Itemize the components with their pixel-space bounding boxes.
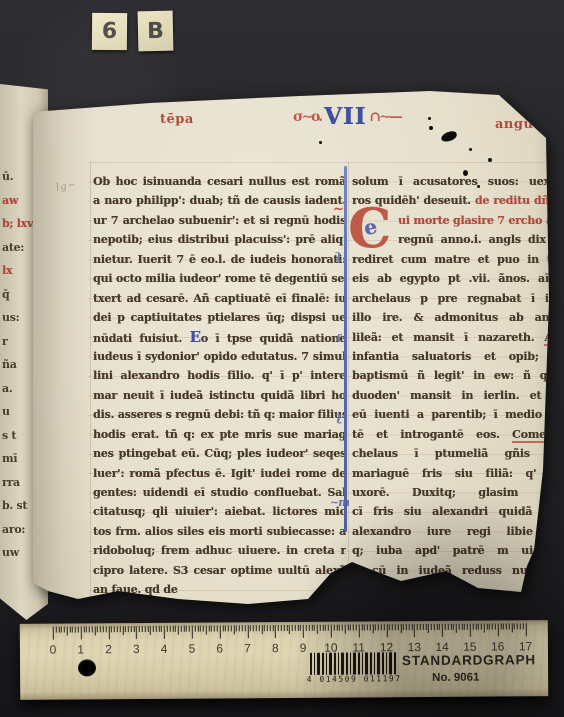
- ruler-tick: [425, 624, 426, 630]
- ruler-tick: [397, 624, 398, 630]
- text-line: hodis erat. tñ q: ex pte mris sue mariag: [93, 425, 346, 444]
- ruler-tick: [56, 627, 57, 633]
- ruler-tick: [411, 624, 412, 630]
- ruler-tick: [195, 626, 196, 632]
- ruler-tick: [256, 625, 257, 631]
- ruler-tick: [464, 624, 465, 630]
- text-column-left: Ob hoc isinuanda cesari nullus est romãa…: [93, 172, 346, 600]
- ruler-cm-number: 4: [154, 642, 174, 656]
- ruler-tick: [192, 626, 193, 639]
- ruler-tick: [92, 626, 93, 632]
- ruler-tick: [486, 624, 487, 630]
- ruler-tick: [158, 626, 159, 632]
- ruler-tick: [409, 624, 410, 630]
- ruler-tick: [281, 625, 282, 631]
- red-margin-tilde: ∼: [333, 201, 344, 217]
- ruler-tick: [467, 624, 468, 630]
- text-line: baptismū ñ legit' in ew: ñ q; l: [352, 366, 564, 385]
- header-flourish-left: σ∼o.: [293, 109, 321, 125]
- ruler-tick: [378, 624, 379, 630]
- text-line: illo ire. & admonitus ab angl': [352, 308, 564, 327]
- ruler-tick: [164, 626, 165, 639]
- ruler-tick: [525, 623, 526, 636]
- ink-spot: [429, 126, 433, 130]
- ruler-tick: [428, 624, 429, 633]
- ruler-tick: [122, 626, 123, 635]
- ruler-tick: [328, 625, 329, 631]
- ruler-tick: [509, 623, 510, 629]
- ruler-tick: [406, 624, 407, 630]
- ruler-cm-number: 2: [98, 642, 118, 656]
- ruler-tick: [345, 625, 346, 634]
- ruler-tick: [311, 625, 312, 631]
- text-line: a naro philipp': duab; tñ de causis iade…: [93, 191, 346, 210]
- chapter-number: VII: [324, 105, 366, 128]
- ruler-tick: [144, 626, 145, 632]
- ruler-tick: [484, 624, 485, 633]
- ink-spot: [440, 130, 458, 143]
- ruler-tick: [197, 626, 198, 632]
- ruler-tick: [361, 624, 362, 630]
- ruler-tick: [275, 625, 276, 638]
- ruler-tick: [286, 625, 287, 631]
- ruler-tick: [400, 624, 401, 633]
- text-line: ridoboluq; frem adhuc uiuere. in creta r: [93, 541, 346, 560]
- ruler-tick: [267, 625, 268, 631]
- ruler-tick: [478, 624, 479, 630]
- barcode: [310, 652, 398, 675]
- ruler-tick: [389, 624, 390, 630]
- ruler-tick: [61, 627, 62, 633]
- ruler-tick: [495, 624, 496, 630]
- ruler-tick: [314, 625, 315, 631]
- ruler-tick: [270, 625, 271, 631]
- ruler-tick: [500, 623, 501, 629]
- ruler-tick: [208, 626, 209, 632]
- ruler-tick: [420, 624, 421, 630]
- ruler-tick: [417, 624, 418, 630]
- ruler-tick: [489, 624, 490, 630]
- running-header-center: σ∼o. VII ∩∼—: [293, 105, 401, 128]
- ruler-tick: [228, 625, 229, 631]
- ruler-tick: [292, 625, 293, 631]
- text-line: eis ab egypto pt .vii. ãnos. aī a: [352, 269, 564, 288]
- column-rule-left: [90, 162, 91, 604]
- ruler-tick: [167, 626, 168, 632]
- text-line: ants s alemu: [352, 580, 564, 599]
- ruler-cm-number: 1: [71, 642, 91, 656]
- ruler-tick: [289, 625, 290, 634]
- ruler-tick: [142, 626, 143, 632]
- text-line: txert ad cesarē. Añ captiuatē eī finalē:…: [93, 289, 346, 308]
- text-line: lini alexandro hodis filio. q' ī p' inte…: [93, 366, 346, 385]
- manuscript-photo: 6 B ū.awb; lxv.ate:lxq̄us:rñaa.us tmīrra…: [0, 0, 564, 717]
- ruler-tick: [459, 624, 460, 630]
- ruler-tick: [384, 624, 385, 630]
- ruler-tick: [103, 626, 104, 632]
- ruler-tick: [514, 623, 515, 629]
- ruler-tick: [492, 624, 493, 630]
- ruler-tick: [211, 626, 212, 632]
- parchment-page: tēpa σ∼o. VII ∩∼— angū. Ob hoc isinuanda…: [0, 0, 564, 717]
- running-header-right: angū.: [495, 117, 538, 132]
- ruler-tick: [375, 624, 376, 630]
- ruler-tick: [150, 626, 151, 635]
- ruler-tick: [381, 624, 382, 630]
- ruler-tick: [498, 624, 499, 637]
- ruler-tick: [100, 626, 101, 632]
- text-line: mariaguē fris siu filiã: q' p3: [352, 464, 564, 483]
- ruler-tick: [386, 624, 387, 637]
- text-line: tē et introgantē eos. Comesto: [352, 425, 564, 444]
- text-line: citatusq; qli uiuier': aiebat. lictores …: [93, 502, 346, 521]
- ruler-tick: [297, 625, 298, 631]
- ruler-tick: [67, 627, 68, 636]
- ruler-tick: [133, 626, 134, 632]
- ink-spot: [428, 117, 431, 120]
- ruler-brand: STANDARDGRAPH: [402, 652, 536, 668]
- ruler-tick: [86, 626, 87, 632]
- flourish-curl: ʅ: [335, 248, 342, 263]
- ruler-tick: [200, 626, 201, 632]
- text-line: iudeus ī sydonior' opido edutatus. 7 sim…: [93, 347, 346, 366]
- ruler-cm-number: 17: [515, 639, 535, 653]
- ruler-tick: [364, 624, 365, 630]
- ruler-cm-number: 8: [265, 641, 285, 655]
- ruler-cm-number: 13: [404, 640, 424, 654]
- decorated-initial-c: C e: [348, 199, 396, 259]
- ruler-tick: [414, 624, 415, 637]
- ruler-tick: [131, 626, 132, 632]
- ruler-tick: [53, 627, 54, 640]
- ruler-tick: [83, 626, 84, 632]
- text-line: mar neuit ī iudeã istinctu quidã libri h…: [93, 386, 346, 405]
- ruler-tick: [250, 625, 251, 631]
- ruler-tick: [334, 625, 335, 631]
- text-line: duoden' mansit in ierlin. et pt: [352, 386, 564, 405]
- ruler-tick: [206, 626, 207, 635]
- ruler-tick: [245, 625, 246, 631]
- ruler-tick: [119, 626, 120, 632]
- ruler-tick: [72, 626, 73, 632]
- ruler-tick: [320, 625, 321, 631]
- ruler-tick: [78, 626, 79, 632]
- ruler-tick: [261, 625, 262, 634]
- ruler-tick: [295, 625, 296, 631]
- ink-spot: [463, 170, 468, 176]
- ruler-tick: [117, 626, 118, 632]
- running-header-left: tēpa: [160, 112, 194, 127]
- text-line: infantia saluatoris et opib; er: [352, 347, 564, 366]
- ruler-tick: [303, 625, 304, 638]
- ruler-tick: [511, 623, 512, 632]
- ruler-tick: [75, 626, 76, 632]
- ruler-tick: [69, 626, 70, 632]
- wooden-ruler: 01234567891011121314151617 4 014509 0111…: [20, 620, 549, 700]
- ruler-tick: [359, 624, 360, 637]
- ruler-tick: [231, 625, 232, 631]
- text-line: cī fris siu alexandri quidã uxo: [352, 502, 564, 521]
- ruler-tick: [309, 625, 310, 631]
- pen-flourish-bar: [344, 166, 347, 532]
- flourish-curl: ʅ: [335, 410, 342, 425]
- text-line: an faue. qd de: [93, 580, 346, 599]
- ruler-tick: [336, 625, 337, 631]
- ruler-cm-number: 3: [126, 642, 146, 656]
- ruler-tick: [456, 624, 457, 633]
- ruler-tick: [106, 626, 107, 632]
- faint-inscription: lg∼: [55, 179, 78, 193]
- ruler-tick: [264, 625, 265, 631]
- ruler-tick: [247, 625, 248, 638]
- ruler-tick: [94, 626, 95, 635]
- ruler-hole: [78, 659, 96, 676]
- ruler-tick: [81, 626, 82, 639]
- ruler-tick: [475, 624, 476, 630]
- ruler-tick: [481, 624, 482, 630]
- ruler-tick: [342, 625, 343, 631]
- ruler-tick: [214, 625, 215, 631]
- text-line: lileã: et mansit ī nazareth. Act: [352, 328, 564, 347]
- ruler-tick: [356, 624, 357, 630]
- ruler-tick: [450, 624, 451, 630]
- ruler-tick: [278, 625, 279, 631]
- ruler-tick: [473, 624, 474, 630]
- ruler-tick: [97, 626, 98, 632]
- ruler-tick: [220, 625, 221, 638]
- ruler-tick: [523, 623, 524, 629]
- ruler-tick: [108, 626, 109, 639]
- ruler-tick: [517, 623, 518, 629]
- text-line: ur 7 archelao subuenir': et si regnū hod…: [93, 211, 346, 230]
- page-wrap: tēpa σ∼o. VII ∩∼— angū. Ob hoc isinuanda…: [0, 0, 564, 717]
- ruler-tick: [239, 625, 240, 631]
- text-line: eū iuenti a parentib; ī medio do: [352, 405, 564, 424]
- ruler-tick: [217, 625, 218, 631]
- flourish-curl: ɾ: [336, 330, 342, 345]
- ruler-tick: [111, 626, 112, 632]
- ruler-tick: [350, 625, 351, 631]
- ruler-tick: [225, 625, 226, 631]
- ruler-tick: [392, 624, 393, 630]
- text-line: gentes: uidendi eī studio confluebat. Sa…: [93, 483, 346, 502]
- text-line: nes ptingebat eū. Cūq; ples iudeor' seqe…: [93, 444, 346, 463]
- text-line: Q cū in iudeã reduss nupta ē: [352, 561, 564, 580]
- ruler-tick: [306, 625, 307, 631]
- ruler-tick: [353, 625, 354, 631]
- ruler-tick: [317, 625, 318, 634]
- ruler-tick: [347, 625, 348, 631]
- text-line: uxorē. Duxitq; glasim filiã: [352, 483, 564, 502]
- ruler-tick: [403, 624, 404, 630]
- header-flourish-right: ∩∼—: [369, 109, 400, 125]
- ruler-tick: [422, 624, 423, 630]
- ruler-tick: [331, 625, 332, 638]
- text-line: nūdati fuisiut. Eo ī tpse quidã natione: [93, 328, 346, 347]
- ruler-model-number: No. 9061: [432, 672, 479, 684]
- text-line: alexandro iure regi libie nu: [352, 522, 564, 541]
- ruler-tick: [136, 626, 137, 639]
- ruler-tick: [461, 624, 462, 630]
- ruler-tick: [520, 623, 521, 629]
- ruler-cm-number: 6: [210, 641, 230, 655]
- ruler-tick: [125, 626, 126, 632]
- text-line: Ob hoc isinuanda cesari nullus est romã: [93, 172, 346, 191]
- ink-spot: [469, 148, 472, 151]
- ruler-tick: [175, 626, 176, 632]
- ruler-tick: [203, 626, 204, 632]
- ruler-cm-number: 15: [460, 640, 480, 654]
- ruler-tick: [253, 625, 254, 631]
- blue-squiggle-mark: ∼m: [330, 496, 349, 509]
- ruler-tick: [453, 624, 454, 630]
- text-line: q; iuba apd' patrē m uiduitã: [352, 541, 564, 560]
- ruler-tick: [222, 625, 223, 631]
- ruler-tick: [114, 626, 115, 632]
- ruler-tick: [445, 624, 446, 630]
- ruler-tick: [183, 626, 184, 632]
- ruler-tick: [189, 626, 190, 632]
- text-line: solum ī acusatores suos: uex ī: [352, 172, 564, 191]
- ruler-tick: [258, 625, 259, 631]
- ruler-tick: [153, 626, 154, 632]
- ruler-tick: [128, 626, 129, 632]
- ruler-tick: [186, 626, 187, 632]
- text-line: luer': romã pfectus ē. Igit' iudei rome …: [93, 464, 346, 483]
- text-line: nietur. Iuerit 7 ē eo.l. de iudeis honor…: [93, 250, 346, 269]
- ruler-tick: [272, 625, 273, 631]
- text-line: nepotib; eius distribui placuiss': prē a…: [93, 230, 346, 249]
- text-line: dei p captiuitates ptielares ūq; dispsi …: [93, 308, 346, 327]
- text-line: tos frm. alios siles eis morti subiecass…: [93, 522, 346, 541]
- text-line: dis. asseres s regnū debi: tñ q: maior f…: [93, 405, 346, 424]
- ruler-tick: [161, 626, 162, 632]
- ruler-tick: [506, 623, 507, 629]
- ruler-tick: [434, 624, 435, 630]
- ruler-tick: [64, 627, 65, 633]
- ruler-tick: [439, 624, 440, 630]
- ruler-tick: [58, 627, 59, 633]
- ruler-tick: [172, 626, 173, 632]
- ruler-tick: [436, 624, 437, 630]
- ruler-cm-number: 0: [43, 643, 63, 657]
- ruler-tick: [395, 624, 396, 630]
- ruler-tick: [283, 625, 284, 631]
- ruler-tick: [322, 625, 323, 631]
- ruler-tick: [181, 626, 182, 632]
- ruler-tick: [233, 625, 234, 634]
- ruler-cm-number: 5: [182, 642, 202, 656]
- ruler-tick: [236, 625, 237, 631]
- ruler-tick: [89, 626, 90, 632]
- ruler-tick: [370, 624, 371, 630]
- ruler-tick: [448, 624, 449, 630]
- ruler-tick: [503, 623, 504, 629]
- barcode-digits: 4 014509 011197: [306, 674, 402, 684]
- ruler-tick: [442, 624, 443, 637]
- ruler-cm-number: 7: [237, 641, 257, 655]
- ruler-tick: [242, 625, 243, 631]
- ruler-tick: [470, 624, 471, 637]
- ruler-tick: [367, 624, 368, 630]
- ink-spot: [477, 185, 480, 188]
- ruler-tick: [178, 626, 179, 635]
- ink-spot: [319, 141, 322, 144]
- ruler-tick: [325, 625, 326, 631]
- ruler-tick: [156, 626, 157, 632]
- ink-spot: [488, 158, 492, 162]
- ruler-tick: [372, 624, 373, 633]
- text-line: chelaus ī ptumeliã gñis siu: [352, 444, 564, 463]
- ruler-tick: [339, 625, 340, 631]
- ruler-tick: [431, 624, 432, 630]
- ruler-tick: [300, 625, 301, 631]
- ruler-tick: [147, 626, 148, 632]
- ruler-tick: [139, 626, 140, 632]
- ruler-tick: [170, 626, 171, 632]
- text-line: cipro latere. S3 cesar optime uultū alex…: [93, 561, 346, 580]
- text-line: archelaus p pre regnabat ī iud: [352, 289, 564, 308]
- text-line: qui octo milia iudeor' rome tē degentiū …: [93, 269, 346, 288]
